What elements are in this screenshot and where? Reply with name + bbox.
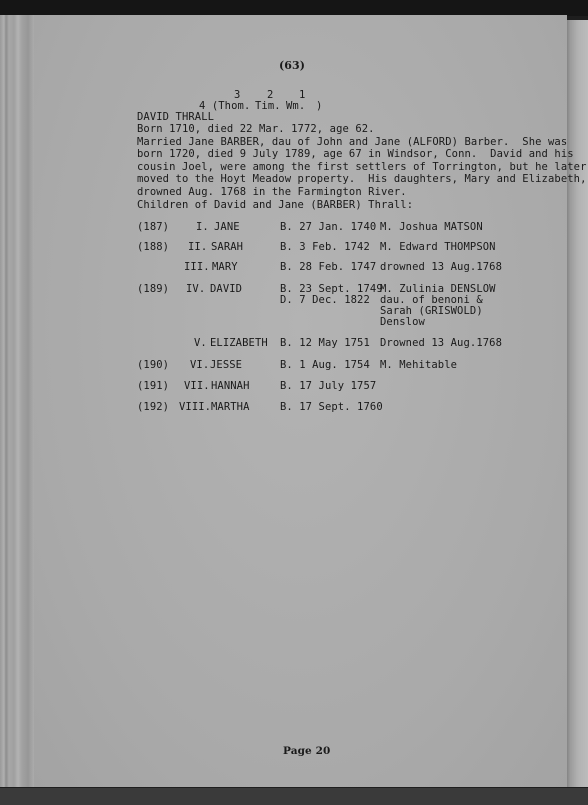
child-birth: B. 17 July 1757 <box>280 380 376 393</box>
child-numeral: I. <box>196 221 209 234</box>
child-name: MARTHA <box>211 401 250 414</box>
children-heading: Children of David and Jane (BARBER) Thra… <box>137 199 413 212</box>
child-name: ELIZABETH <box>210 337 268 350</box>
child-name: SARAH <box>211 241 243 254</box>
bio-line: born 1720, died 9 July 1789, age 67 in W… <box>137 148 557 161</box>
child-name: DAVID <box>210 283 242 296</box>
child-name: JESSE <box>210 359 242 372</box>
child-note: M. Joshua MATSON <box>380 221 483 234</box>
page-footer: Page 20 <box>283 745 330 758</box>
page-stack-edge <box>0 15 36 787</box>
page-reference: (63) <box>279 60 305 73</box>
bio-line: drowned Aug. 1768 in the Farmington Rive… <box>137 186 557 199</box>
child-number: (191) <box>137 380 169 393</box>
child-numeral: IV. <box>186 283 205 296</box>
lineage-name-wm: Wm. <box>286 100 305 113</box>
child-birth: B. 17 Sept. 1760 <box>280 401 383 414</box>
child-name: HANNAH <box>211 380 250 393</box>
lineage-close: ) <box>316 100 322 113</box>
subject-name: DAVID THRALL <box>137 111 214 124</box>
child-birth: B. 12 May 1751 <box>280 337 370 350</box>
child-birth: B. 27 Jan. 1740 <box>280 221 376 234</box>
child-number: (188) <box>137 241 169 254</box>
child-name: JANE <box>214 221 240 234</box>
child-numeral: VI. <box>190 359 209 372</box>
child-numeral: VII. <box>184 380 210 393</box>
child-birth: B. 1 Aug. 1754 <box>280 359 370 372</box>
child-number: (187) <box>137 221 169 234</box>
child-death: D. 7 Dec. 1822 <box>280 294 370 307</box>
scan-top-border <box>0 0 588 16</box>
child-note: M. Edward THOMPSON <box>380 241 496 254</box>
bio-line: Born 1710, died 22 Mar. 1772, age 62. <box>137 123 557 136</box>
child-note: Denslow <box>380 316 425 329</box>
bio-line: moved to the Hoyt Meadow property. His d… <box>137 173 557 186</box>
child-numeral: V. <box>194 337 207 350</box>
page-right-edge <box>566 20 588 787</box>
lineage-name-tim: Tim. <box>255 100 281 113</box>
subject-biography: Born 1710, died 22 Mar. 1772, age 62. Ma… <box>137 123 557 198</box>
child-birth: B. 28 Feb. 1747 <box>280 261 376 274</box>
child-numeral: VIII. <box>179 401 211 414</box>
document-page: (63) 3 2 1 4 (Thom. Tim. Wm. ) DAVID THR… <box>34 15 567 787</box>
child-note: M. Mehitable <box>380 359 457 372</box>
child-numeral: II. <box>188 241 207 254</box>
child-number: (192) <box>137 401 169 414</box>
child-note: Drowned 13 Aug.1768 <box>380 337 502 350</box>
child-number: (189) <box>137 283 169 296</box>
bio-line: cousin Joel, were among the first settle… <box>137 161 557 174</box>
bio-line: Married Jane BARBER, dau of John and Jan… <box>137 136 557 149</box>
child-numeral: III. <box>184 261 210 274</box>
scan-bottom-border <box>0 788 588 805</box>
child-note: drowned 13 Aug.1768 <box>380 261 502 274</box>
child-number: (190) <box>137 359 169 372</box>
child-birth: B. 3 Feb. 1742 <box>280 241 370 254</box>
child-name: MARY <box>212 261 238 274</box>
